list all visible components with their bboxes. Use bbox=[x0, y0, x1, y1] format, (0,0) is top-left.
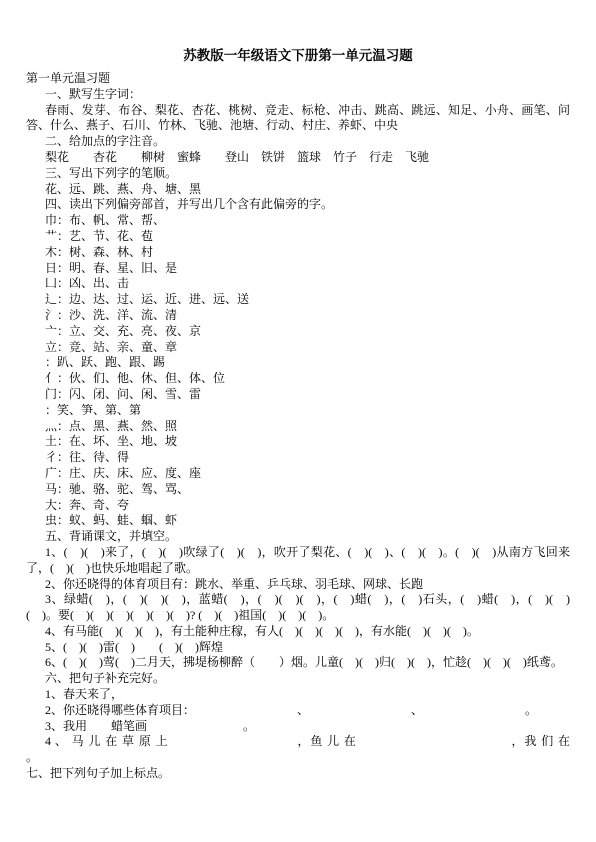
text-line: 辶：边、达、过、运、近、进、远、送 bbox=[26, 292, 570, 308]
text-line: 1、( )( )来了，( )( )吹绿了( )( )，吹开了梨花、( )( )、… bbox=[26, 545, 570, 577]
text-line: 艹：艺、节、花、苞 bbox=[26, 229, 570, 245]
text-line: 花、远、跳、燕、舟、塘、黑 bbox=[26, 182, 570, 198]
text-line: 梨花 杏花 柳树 蜜蜂 登山 铁饼 篮球 竹子 行走 飞驰 bbox=[26, 150, 570, 166]
text-line: 土：在、坏、坐、地、坡 bbox=[26, 434, 570, 450]
text-line: 木：树、森、林、村 bbox=[26, 245, 570, 261]
section-heading: 四、读出下列偏旁部首，并写出几个含有此偏旁的字。 bbox=[26, 197, 570, 213]
text-line: 立：竞、站、亲、童、章 bbox=[26, 340, 570, 356]
text-line: 3、绿蜡( )，( )( )( )，蓝蜡( )，( )( )( )，( )蜡( … bbox=[26, 592, 570, 624]
text-line: ：趴、跃、跑、跟、踢 bbox=[26, 355, 570, 371]
worksheet-page: 苏教版一年级语文下册第一单元温习题 第一单元温习题 一、默写生字词： 春雨、发芽… bbox=[0, 0, 596, 842]
text-line: 亠：立、交、充、亮、夜、京 bbox=[26, 324, 570, 340]
text-line: ：笑、笋、第、第 bbox=[26, 403, 570, 419]
section-heading: 六、把句子补充完好。 bbox=[26, 671, 570, 687]
text-line: 日：明、春、星、旧、是 bbox=[26, 261, 570, 277]
text-line: 3、我用 蜡笔画 。 bbox=[26, 719, 570, 735]
section-heading: 一、默写生字词： bbox=[26, 87, 570, 103]
text-line: 巾：布、帆、常、帮、 bbox=[26, 213, 570, 229]
text-line: 2、你还晓得哪些体育项目： 、 、 。 bbox=[26, 703, 570, 719]
text-line: 4 、 马 儿 在 草 原 上 ，鱼 儿 在 ，我 们 在 。 bbox=[26, 734, 570, 766]
text-line: 广：庄、庆、床、应、度、座 bbox=[26, 466, 570, 482]
text-line: 虫：蚁、蚂、蛙、蝈、虾 bbox=[26, 513, 570, 529]
section-heading: 三、写出下列字的笔顺。 bbox=[26, 166, 570, 182]
section-heading: 二、给加点的字注音。 bbox=[26, 134, 570, 150]
text-line: 2、你还晓得的体育项目有：跳水、举重、乒乓球、羽毛球、网球、长跑 bbox=[26, 577, 570, 593]
subtitle: 第一单元温习题 bbox=[26, 71, 570, 87]
section-heading: 七、把下列句子加上标点。 bbox=[26, 766, 570, 782]
text-line: 门：闪、闭、问、闲、雪、雷 bbox=[26, 387, 570, 403]
text-line: 春雨、发芽、布谷、梨花、杏花、桃树、竞走、标枪、冲击、跳高、跳远、知足、小舟、画… bbox=[26, 103, 570, 135]
section-heading: 五、背诵课文，并填空。 bbox=[26, 529, 570, 545]
text-line: 凵：凶、出、击 bbox=[26, 276, 570, 292]
text-line: 1、春天来了， bbox=[26, 687, 570, 703]
text-line: 马：驰、骆、驼、驾、骂、 bbox=[26, 482, 570, 498]
text-line: 氵：沙、洗、洋、流、清 bbox=[26, 308, 570, 324]
text-line: 灬：点、黑、燕、然、照 bbox=[26, 419, 570, 435]
text-line: 亻：伙、们、他、休、但、体、位 bbox=[26, 371, 570, 387]
text-line: 大：奔、奇、夸 bbox=[26, 498, 570, 514]
document-title: 苏教版一年级语文下册第一单元温习题 bbox=[26, 48, 570, 64]
text-line: 彳：往、待、得 bbox=[26, 450, 570, 466]
text-line: 6、( )( )莺( )二月天，拂堤杨柳醉（ ）烟。儿童( )( )归( )( … bbox=[26, 655, 570, 671]
text-line: 5、( )( )雷( ) ( )( )辉煌 bbox=[26, 640, 570, 656]
text-line: 4、有马能( )( )( )，有土能种庄稼，有人( )( )( )( )，有水能… bbox=[26, 624, 570, 640]
